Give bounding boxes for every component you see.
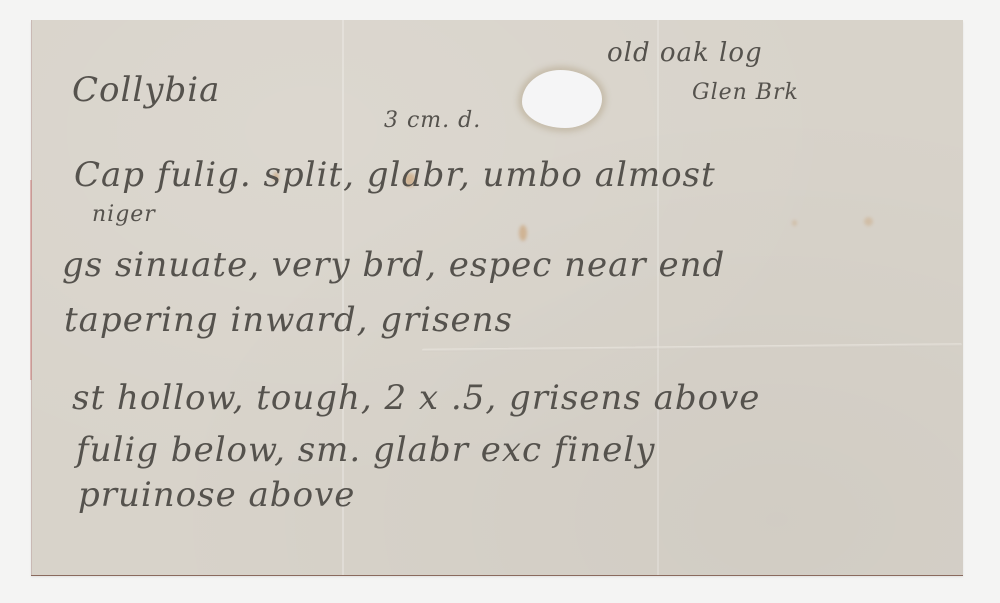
stem-description-end: pruinose above bbox=[78, 475, 355, 515]
punched-hole bbox=[522, 70, 602, 128]
size-note: 3 cm. d. bbox=[384, 108, 481, 133]
habitat-line-2: Glen Brk bbox=[692, 80, 799, 105]
gills-description: gs sinuate, very brd, espec near end bbox=[62, 245, 725, 285]
rust-stain bbox=[864, 217, 873, 226]
cap-description-cont: niger bbox=[92, 202, 156, 227]
fold-crease bbox=[422, 343, 962, 352]
gills-description-cont: tapering inward, grisens bbox=[64, 300, 513, 340]
fold-crease bbox=[657, 20, 659, 575]
habitat-line-1: old oak log bbox=[607, 38, 763, 68]
note-card: Collybia old oak log Glen Brk 3 cm. d. C… bbox=[31, 20, 963, 575]
stem-description-cont: fulig below, sm. glabr exc finely bbox=[76, 430, 655, 470]
rust-stain bbox=[519, 225, 527, 241]
cap-description: Cap fulig. split, glabr, umbo almost bbox=[74, 155, 716, 195]
stem-description: st hollow, tough, 2 x .5, grisens above bbox=[72, 378, 760, 418]
rust-stain bbox=[792, 220, 797, 226]
genus-title: Collybia bbox=[72, 70, 220, 110]
